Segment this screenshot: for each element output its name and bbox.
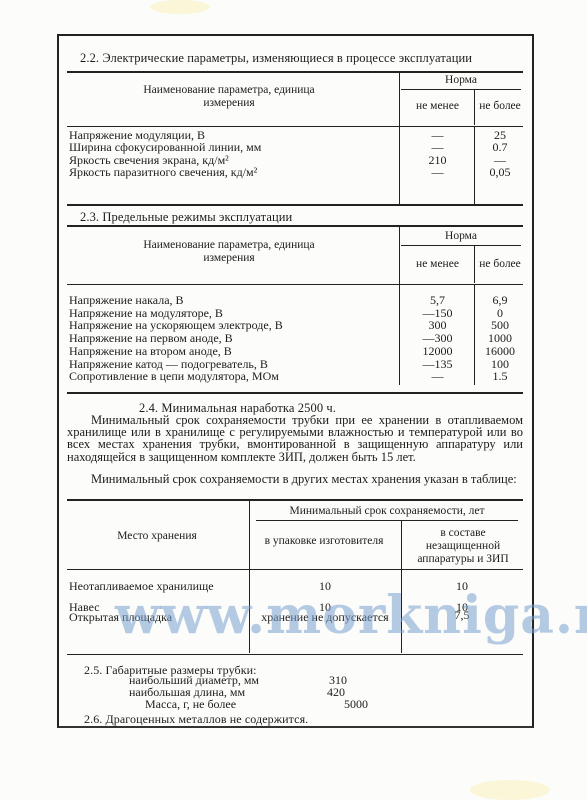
section-2-3-title: 2.3. Предельные режимы эксплуатации <box>80 210 292 225</box>
param-name: Напряжение на втором аноде, В <box>69 346 232 357</box>
param-max: 1000 <box>476 333 524 344</box>
t24-header-place: Место хранения <box>67 530 247 543</box>
t22-header-name-text: Наименование параметра, единица измерени… <box>143 84 314 109</box>
param-min: —300 <box>401 333 474 344</box>
t22-header-norm: Норма <box>401 74 521 87</box>
table-rule <box>67 654 523 655</box>
dimension-value: 5000 <box>344 699 368 710</box>
column-divider <box>399 72 400 132</box>
param-name: Напряжение катод — подогреватель, В <box>69 359 268 370</box>
param-min: 12000 <box>401 346 474 357</box>
section-2-6-title: 2.6. Драгоценных металлов не содержится. <box>84 712 308 727</box>
paper-stain <box>150 0 210 14</box>
table-rule <box>256 520 518 521</box>
param-name: Напряжение на модуляторе, В <box>69 308 223 319</box>
param-max: — <box>476 155 524 166</box>
param-name: Яркость свечения экрана, кд/м² <box>69 155 229 166</box>
table-rule <box>67 71 523 73</box>
dimension-label: наибольший диаметр, мм <box>129 675 259 686</box>
param-min: 210 <box>401 155 474 166</box>
table-rule <box>401 245 521 246</box>
table-rule <box>67 204 523 206</box>
param-max: 6,9 <box>476 295 524 306</box>
table-rule <box>401 89 521 90</box>
paper-stain <box>470 780 550 800</box>
dimension-label: наибольшая длина, мм <box>129 687 245 698</box>
column-divider <box>474 245 475 283</box>
param-max: 500 <box>476 320 524 331</box>
column-divider <box>399 285 400 385</box>
t23-body: Напряжение накала, В5,76,9Напряжение на … <box>67 295 523 385</box>
dimension-value: 420 <box>327 687 345 698</box>
param-min: 300 <box>401 320 474 331</box>
storage-pack: 10 <box>253 581 397 592</box>
param-max: 25 <box>476 130 524 141</box>
param-max: 0,05 <box>476 167 524 178</box>
param-max: 0.7 <box>476 142 524 153</box>
t24-body: Неотапливаемое хранилище1010Навес1010Отк… <box>67 581 523 651</box>
section-2-2-title: 2.2. Электрические параметры, изменяющие… <box>80 51 472 66</box>
param-name: Ширина сфокусированной линии, мм <box>69 142 261 153</box>
dimension-value: 310 <box>329 675 347 686</box>
table-rule <box>67 569 523 570</box>
table-rule <box>67 126 523 127</box>
t24-header-unprotected: в составе незащищенной аппаратуры и ЗИП <box>404 527 522 566</box>
storage-place: Неотапливаемое хранилище <box>69 581 219 591</box>
param-name: Напряжение накала, В <box>69 295 184 306</box>
param-min: — <box>401 130 474 141</box>
column-divider <box>474 127 475 204</box>
param-min: 5,7 <box>401 295 474 306</box>
t23-header-name-text: Наименование параметра, единица измерени… <box>143 239 314 264</box>
table-rule <box>67 225 523 227</box>
param-name: Яркость паразитного свечения, кд/м² <box>69 167 257 178</box>
param-max: 100 <box>476 359 524 370</box>
param-max: 1.5 <box>476 371 524 382</box>
param-name: Напряжение на первом аноде, В <box>69 333 233 344</box>
t23-header-min: не менее <box>401 258 474 271</box>
t22-header-max: не более <box>476 100 524 113</box>
t22-header-min: не менее <box>401 100 474 113</box>
column-divider <box>474 89 475 125</box>
param-min: —150 <box>401 308 474 319</box>
dimension-label: Масса, г, не более <box>145 699 236 710</box>
storage-pack: хранение не допускается <box>253 612 397 622</box>
t23-header-max: не более <box>476 258 524 271</box>
param-min: —135 <box>401 359 474 370</box>
column-divider <box>399 127 400 204</box>
section-2-4-paragraph-2: Минимальный срок сохраняемости в других … <box>67 473 523 485</box>
t22-body: Напряжение модуляции, В—25Ширина сфокуси… <box>67 130 523 204</box>
param-name: Напряжение на ускоряющем электроде, В <box>69 320 283 331</box>
param-max: 16000 <box>476 346 524 357</box>
storage-unprotected: 7,5 <box>403 610 521 621</box>
param-min: — <box>401 142 474 153</box>
storage-unprotected: 10 <box>403 581 521 592</box>
t24-header-pack: в упаковке изготовителя <box>259 535 389 548</box>
table-rule <box>67 392 523 394</box>
storage-place: Открытая площадка <box>69 612 172 623</box>
t23-header-name: Наименование параметра, единица измерени… <box>119 239 339 265</box>
t22-header-name: Наименование параметра, единица измерени… <box>119 84 339 110</box>
param-min: — <box>401 167 474 178</box>
table-rule <box>67 284 523 285</box>
param-name: Сопротивление в цепи модулятора, МОм <box>69 371 279 382</box>
param-name: Напряжение модуляции, В <box>69 130 205 141</box>
document-page: 2.2. Электрические параметры, изменяющие… <box>57 34 534 728</box>
column-divider <box>474 285 475 385</box>
section-2-4-paragraph-1: Минимальный срок сохраняемости трубки пр… <box>67 414 523 463</box>
param-max: 0 <box>476 308 524 319</box>
column-divider <box>399 226 400 286</box>
param-min: — <box>401 371 474 382</box>
t24-header-term: Минимальный срок сохраняемости, лет <box>251 505 523 518</box>
t23-header-norm: Норма <box>401 230 521 243</box>
table-rule <box>67 499 523 501</box>
